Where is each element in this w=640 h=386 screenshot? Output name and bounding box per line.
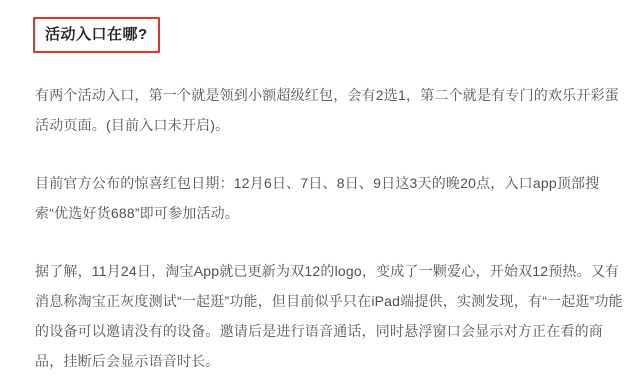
paragraph-taobao-double12-features: 据了解，11月24日，淘宝App就已更新为双12的logo，变成了一颗爱心，开始… xyxy=(35,256,630,376)
article-heading: 活动入口在哪? xyxy=(45,26,148,44)
paragraph-red-packet-dates: 目前官方公布的惊喜红包日期：12月6日、7日、8日、9日这3天的晚20点，入口a… xyxy=(35,168,630,228)
paragraph-activity-entrances: 有两个活动入口，第一个就是领到小额超级红包，会有2选1，第二个就是有专门的欢乐开… xyxy=(35,80,630,140)
heading-highlight-box: 活动入口在哪? xyxy=(33,17,160,53)
heading-row: 活动入口在哪? xyxy=(33,17,630,53)
article-page: 活动入口在哪? 有两个活动入口，第一个就是领到小额超级红包，会有2选1，第二个就… xyxy=(0,0,640,386)
